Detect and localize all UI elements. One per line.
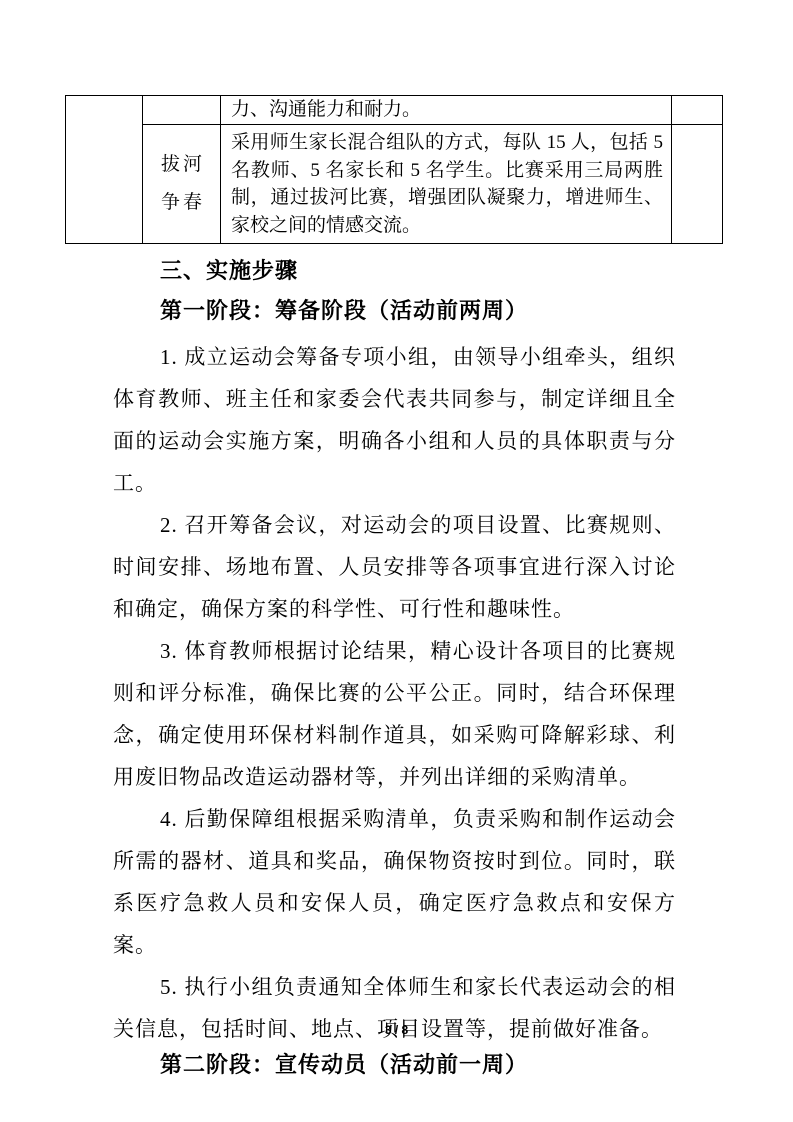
event-schedule-table: 力、沟通能力和耐力。 拔河 争春 采用师生家长混合组队的方式，每队 15 人，包…	[65, 95, 723, 244]
stage2-heading: 第二阶段：宣传动员（活动前一周）	[113, 1050, 676, 1080]
description-text: 采用师生家长混合组队的方式，每队 15 人，包括 5 名教师、5 名家长和 5 …	[221, 129, 671, 239]
paragraph-1: 1. 成立运动会筹备专项小组，由领导小组牵头，组织体育教师、班主任和家委会代表共…	[113, 336, 676, 504]
section-heading: 三、实施步骤	[113, 256, 676, 286]
event-name-line1: 拔河	[143, 146, 220, 184]
table-cell-description: 采用师生家长混合组队的方式，每队 15 人，包括 5 名教师、5 名家长和 5 …	[221, 125, 672, 244]
table-row-tug-of-war: 拔河 争春 采用师生家长混合组队的方式，每队 15 人，包括 5 名教师、5 名…	[66, 125, 723, 244]
table-cell-right-empty	[672, 96, 723, 125]
table-row-continuation: 力、沟通能力和耐力。	[66, 96, 723, 125]
event-name-line2: 争春	[143, 184, 220, 222]
event-name: 拔河 争春	[143, 146, 220, 222]
stage1-heading: 第一阶段：筹备阶段（活动前两周）	[113, 296, 676, 326]
page-number-text: 3 / 8	[385, 1023, 408, 1037]
table-cell-event-empty	[143, 96, 221, 125]
table-cell-event-name: 拔河 争春	[143, 125, 221, 244]
paragraph-4: 4. 后勤保障组根据采购清单，负责采购和制作运动会所需的器材、道具和奖品，确保物…	[113, 798, 676, 966]
paragraph-5: 5. 执行小组负责通知全体师生和家长代表运动会的相关信息，包括时间、地点、项目设…	[113, 966, 676, 1050]
document-body: 三、实施步骤 第一阶段：筹备阶段（活动前两周） 1. 成立运动会筹备专项小组，由…	[0, 256, 793, 1080]
page-number: 3 / 8	[0, 1023, 793, 1037]
description-text: 力、沟通能力和耐力。	[221, 97, 671, 123]
paragraph-group: 1. 成立运动会筹备专项小组，由领导小组牵头，组织体育教师、班主任和家委会代表共…	[113, 336, 676, 1050]
table-cell-category	[66, 96, 143, 244]
paragraph-3: 3. 体育教师根据讨论结果，精心设计各项目的比赛规则和评分标准，确保比赛的公平公…	[113, 630, 676, 798]
paragraph-2: 2. 召开筹备会议，对运动会的项目设置、比赛规则、时间安排、场地布置、人员安排等…	[113, 504, 676, 630]
document-page: 力、沟通能力和耐力。 拔河 争春 采用师生家长混合组队的方式，每队 15 人，包…	[0, 0, 793, 1122]
table-cell-description-continuation: 力、沟通能力和耐力。	[221, 96, 672, 125]
table-cell-right-empty	[672, 125, 723, 244]
